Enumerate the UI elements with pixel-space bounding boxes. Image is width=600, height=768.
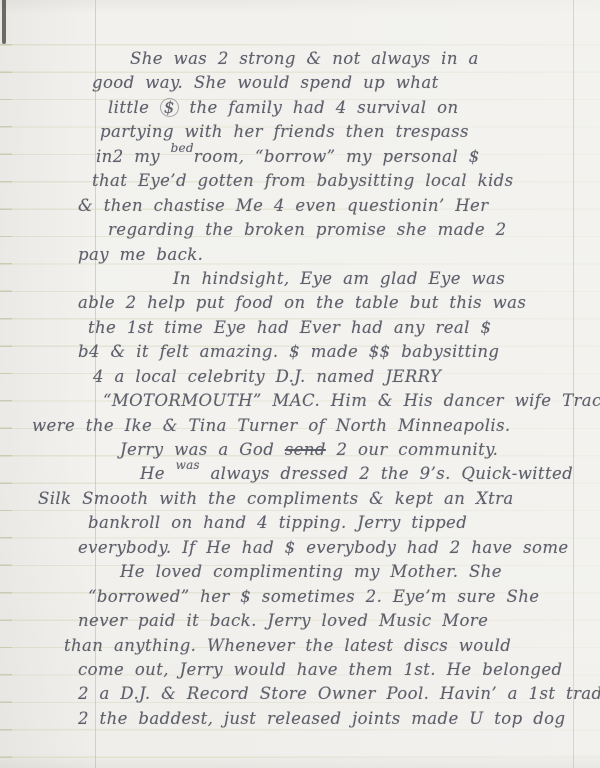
handwriting-line: bankroll on hand 4 tipping. Jerry tipped: [88, 511, 600, 535]
handwriting-line: 2 the baddest, just released joints made…: [78, 707, 600, 731]
handwriting-segment: b4 & it felt amazing. $ made $$ babysitt…: [78, 342, 499, 361]
handwriting-segment: good way. She would spend up what: [92, 73, 439, 92]
handwriting-line: “MOTORMOUTH” MAC. Him & His dancer wife …: [103, 389, 600, 413]
handwriting-line: & then chastise Me 4 even questionin’ He…: [78, 194, 600, 218]
handwriting-segment: always dressed 2 the 9’s. Quick-witted: [200, 464, 573, 483]
handwriting-line: 2 a D.J. & Record Store Owner Pool. Havi…: [78, 682, 600, 706]
handwriting-line: He loved complimenting my Mother. She: [120, 560, 600, 584]
handwriting-segment: room, “borrow” my personal $: [194, 147, 480, 166]
handwriting-segment: that Eye’d gotten from babysitting local…: [92, 171, 513, 190]
handwriting-line: good way. She would spend up what: [92, 71, 600, 95]
struck-word: send: [285, 440, 326, 459]
handwriting-line: “borrowed” her $ sometimes 2. Eye’m sure…: [88, 585, 600, 609]
notebook-page: She was 2 strong & not always in agood w…: [0, 0, 600, 768]
handwriting-segment: Jerry was a God: [120, 440, 285, 459]
handwriting-line: Silk Smooth with the compliments & kept …: [38, 487, 600, 511]
handwriting-segment: everybody. If He had $ everybody had 2 h…: [78, 538, 569, 557]
handwriting-segment: “MOTORMOUTH” MAC. Him & His dancer wife …: [103, 391, 600, 410]
handwriting-line: come out, Jerry would have them 1st. He …: [78, 658, 600, 682]
scan-corner-artifact: [2, 0, 6, 44]
inserted-word: bed: [171, 136, 194, 160]
handwriting-segment: come out, Jerry would have them 1st. He …: [78, 660, 562, 679]
handwriting-segment: He loved complimenting my Mother. She: [120, 562, 502, 581]
handwriting-line: She was 2 strong & not always in a: [130, 47, 600, 71]
handwriting-segment: than anything. Whenever the latest discs…: [64, 636, 511, 655]
handwriting-segment: 2 the baddest, just released joints made…: [78, 709, 565, 728]
handwriting-segment: were the Ike & Tina Turner of North Minn…: [32, 416, 511, 435]
handwriting-segment: 4 a local celebrity D.J. named JERRY: [93, 367, 441, 386]
handwriting-line: able 2 help put food on the table but th…: [78, 291, 600, 315]
handwriting-segment: Silk Smooth with the compliments & kept …: [38, 489, 514, 508]
handwriting-line: little $ the family had 4 survival on: [108, 96, 600, 120]
handwriting-segment: never paid it back. Jerry loved Music Mo…: [78, 611, 488, 630]
handwriting-line: than anything. Whenever the latest discs…: [64, 634, 600, 658]
handwriting-line: in2 my bedroom, “borrow” my personal $: [96, 145, 600, 169]
handwriting-line: In hindsight, Eye am glad Eye was: [173, 267, 600, 291]
handwriting-line: that Eye’d gotten from babysitting local…: [92, 169, 600, 193]
handwriting-segment: In hindsight, Eye am glad Eye was: [173, 269, 505, 288]
handwriting-segment: little: [108, 98, 160, 117]
handwriting-segment: in2 my: [96, 147, 171, 166]
handwriting-line: were the Ike & Tina Turner of North Minn…: [32, 414, 600, 438]
handwriting-segment: regarding the broken promise she made 2: [108, 220, 507, 239]
handwriting-segment: the 1st time Eye had Ever had any real $: [88, 318, 491, 337]
handwriting-line: never paid it back. Jerry loved Music Mo…: [78, 609, 600, 633]
handwriting-line: pay me back.: [78, 243, 600, 267]
handwriting-line: the 1st time Eye had Ever had any real $: [88, 316, 600, 340]
handwriting-line: b4 & it felt amazing. $ made $$ babysitt…: [78, 340, 600, 364]
handwriting-line: 4 a local celebrity D.J. named JERRY: [93, 365, 600, 389]
handwriting-segment: bankroll on hand 4 tipping. Jerry tipped: [88, 513, 467, 532]
handwriting-line: He was always dressed 2 the 9’s. Quick-w…: [140, 462, 600, 486]
bottom-edge-shading: [0, 754, 600, 768]
handwriting-segment: 2 our community.: [326, 440, 498, 459]
handwriting-segment: He: [140, 464, 176, 483]
handwriting-line: everybody. If He had $ everybody had 2 h…: [78, 536, 600, 560]
handwriting-segment: & then chastise Me 4 even questionin’ He…: [78, 196, 488, 215]
handwritten-text-block: She was 2 strong & not always in agood w…: [0, 47, 600, 731]
handwriting-segment: partying with her friends then trespass: [100, 122, 469, 141]
handwriting-segment: 2 a D.J. & Record Store Owner Pool. Havi…: [78, 684, 600, 703]
handwriting-segment: “borrowed” her $ sometimes 2. Eye’m sure…: [88, 587, 539, 606]
handwriting-segment: pay me back.: [78, 245, 203, 264]
handwriting-line: regarding the broken promise she made 2: [108, 218, 600, 242]
handwriting-segment: the family had 4 survival on: [179, 98, 459, 117]
handwriting-segment: She was 2 strong & not always in a: [130, 49, 479, 68]
circled-symbol: $: [160, 98, 179, 117]
handwriting-segment: able 2 help put food on the table but th…: [78, 293, 526, 312]
inserted-word: was: [176, 453, 200, 477]
